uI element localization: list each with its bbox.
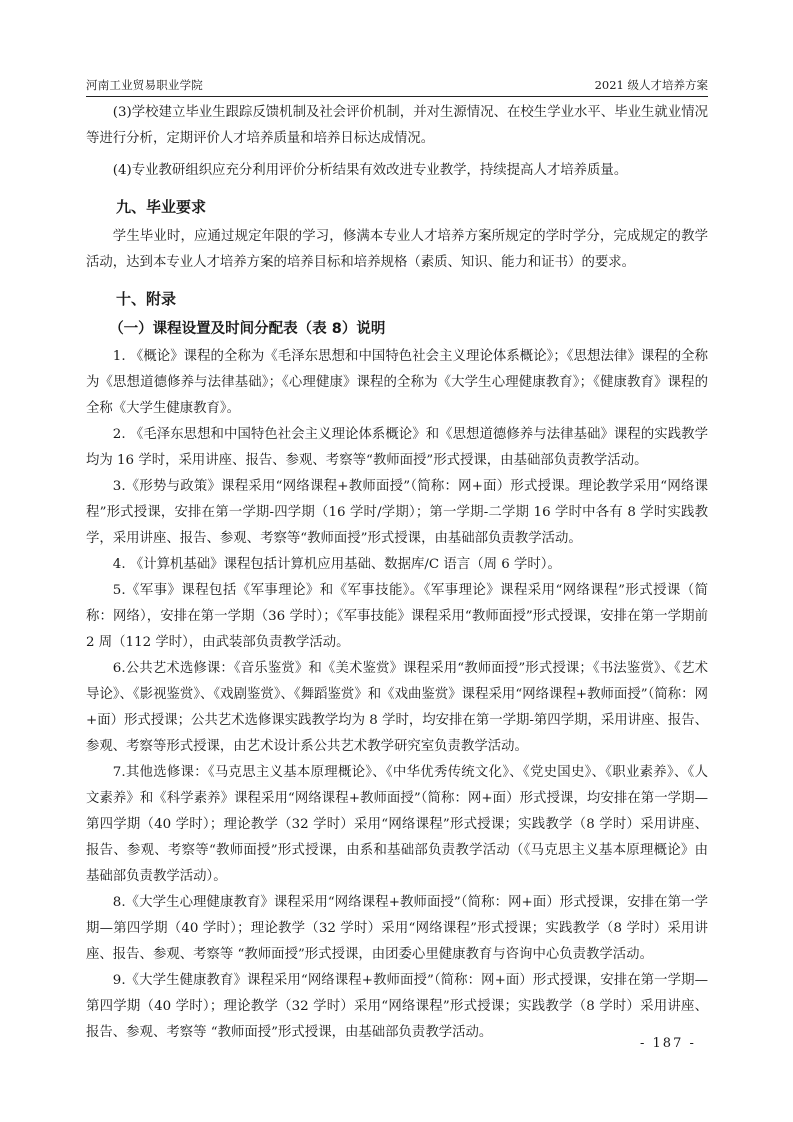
note-item-8: 8.《大学生心理健康教育》课程采用“网络课程+教师面授”（简称：网+面）形式授课… — [86, 890, 708, 968]
header-document-title: 2021 级人才培养方案 — [595, 76, 708, 94]
note-item-7: 7.其他选修课：《马克思主义基本原理概论》、《中华优秀传统文化》、《党史国史》、… — [86, 760, 708, 890]
note-item-1: 1. 《概论》课程的全称为《毛泽东思想和中国特色社会主义理论体系概论》；《思想法… — [86, 344, 708, 422]
subsection-heading-course-table: （一）课程设置及时间分配表（表 8）说明 — [86, 314, 708, 344]
note-item-3: 3.《形势与政策》课程采用“网络课程+教师面授”（简称：网+面）形式授课。理论教… — [86, 474, 708, 552]
note-item-9: 9.《大学生健康教育》课程采用“网络课程+教师面授”（简称：网+面）形式授课，安… — [86, 968, 708, 1046]
document-body: (3)学校建立毕业生跟踪反馈机制及社会评价机制，并对生源情况、在校生学业水平、毕… — [86, 100, 708, 1046]
paragraph-item-3: (3)学校建立毕业生跟踪反馈机制及社会评价机制，并对生源情况、在校生学业水平、毕… — [86, 100, 708, 152]
note-item-4: 4. 《计算机基础》课程包括计算机应用基础、数据库/C 语言（周 6 学时）。 — [86, 552, 708, 578]
graduation-requirements-text: 学生毕业时，应通过规定年限的学习，修满本专业人才培养方案所规定的学时学分，完成规… — [86, 224, 708, 276]
paragraph-item-4: (4)专业教研组织应充分利用评价分析结果有效改进专业教学，持续提高人才培养质量。 — [86, 158, 708, 184]
section-heading-appendix: 十、附录 — [86, 284, 708, 314]
page-number: - 187 - — [640, 1036, 696, 1051]
header-institution: 河南工业贸易职业学院 — [86, 76, 203, 94]
note-item-5: 5.《军事》课程包括《军事理论》和《军事技能》。《军事理论》课程采用“网络课程”… — [86, 578, 708, 656]
page-header: 河南工业贸易职业学院 2021 级人才培养方案 — [86, 76, 708, 97]
section-heading-graduation: 九、毕业要求 — [86, 192, 708, 222]
note-item-6: 6.公共艺术选修课：《音乐鉴赏》和《美术鉴赏》课程采用“教师面授”形式授课；《书… — [86, 656, 708, 760]
note-item-2: 2. 《毛泽东思想和中国特色社会主义理论体系概论》和《思想道德修养与法律基础》课… — [86, 422, 708, 474]
